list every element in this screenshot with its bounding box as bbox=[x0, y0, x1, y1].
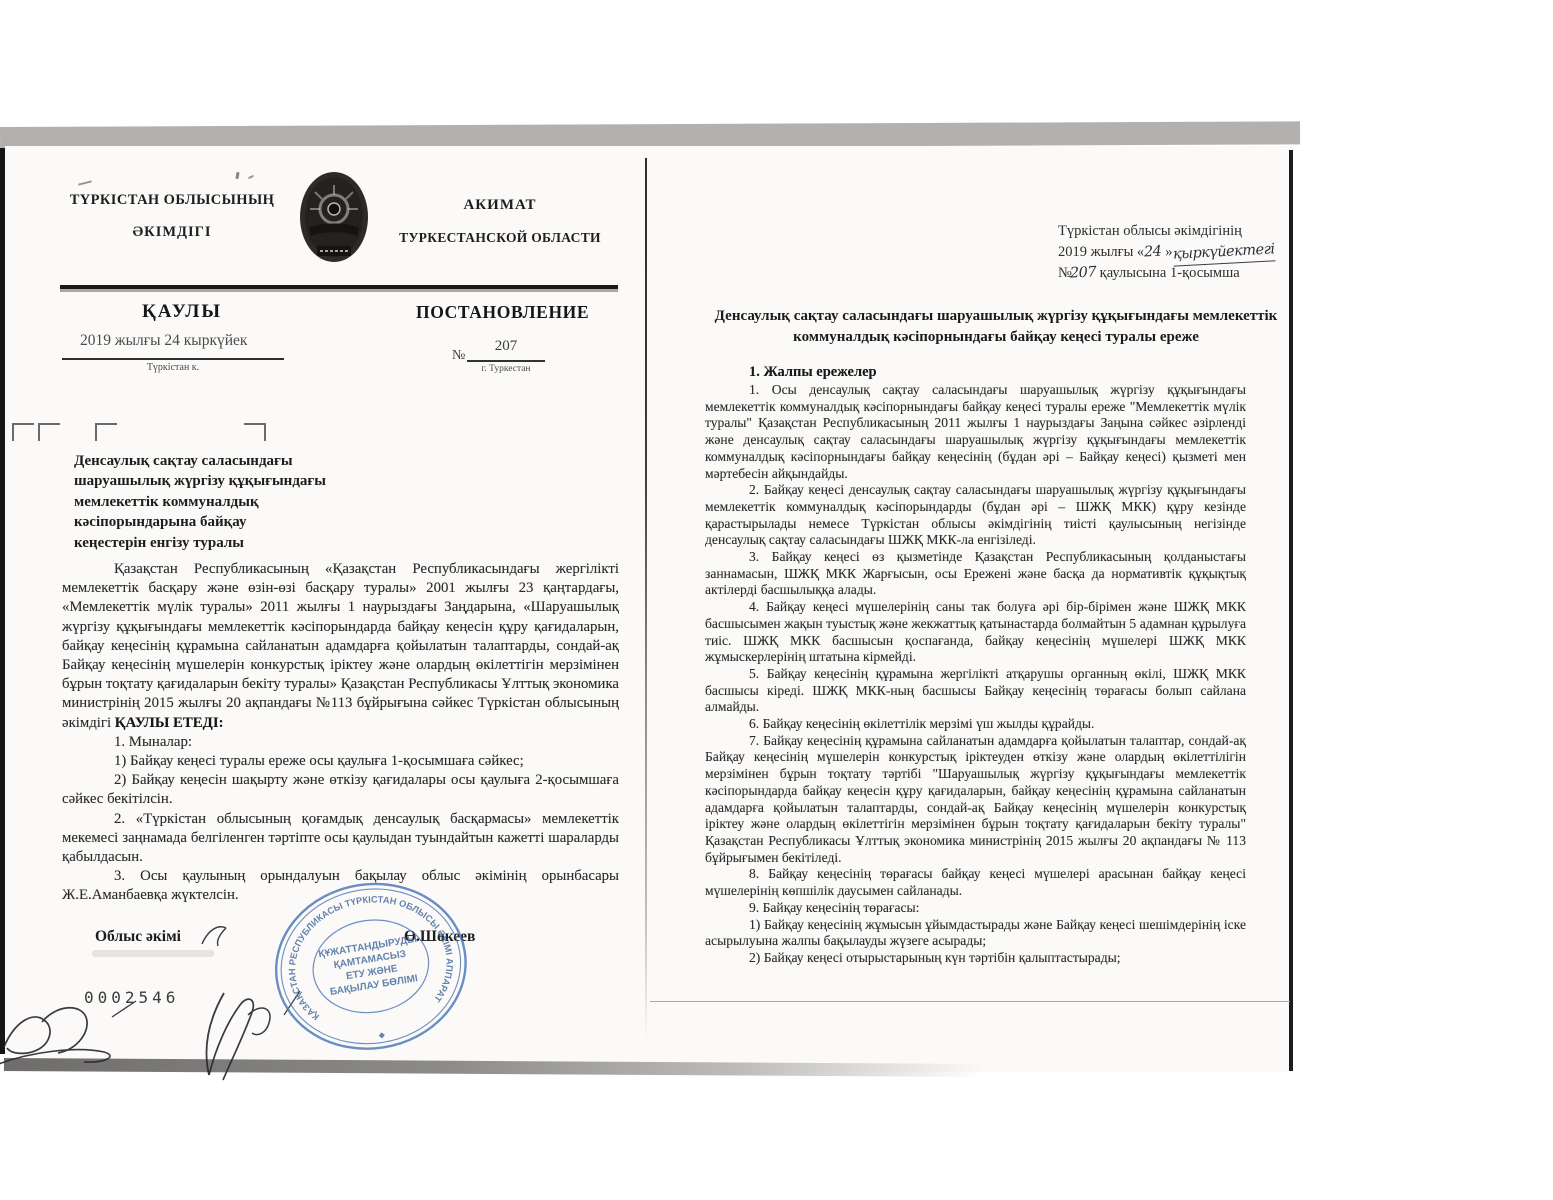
ref-typed-text: 2019 жылғы « bbox=[1058, 244, 1144, 260]
page-divider-line bbox=[645, 158, 647, 1043]
regulation-paragraph: 7. Байқау кеңесінің құрамына сайланатын … bbox=[705, 733, 1246, 867]
decree-title-line: шаруашылық жүргізу құқығындағы bbox=[74, 471, 404, 491]
number-underline bbox=[467, 360, 545, 362]
scan-right-edge-line bbox=[1289, 150, 1293, 1071]
org-kk-line2: ӘКІМДІГІ bbox=[66, 224, 278, 241]
doc-type-russian: ПОСТАНОВЛЕНИЕ bbox=[416, 302, 589, 323]
org-kk-line1: ТҮРКІСТАН ОБЛЫСЫНЫҢ bbox=[66, 192, 278, 209]
place-russian: г. Туркестан bbox=[467, 364, 545, 374]
decree-item: 1. Мыналар: bbox=[62, 733, 619, 752]
handwritten-number: 207 bbox=[1069, 262, 1096, 284]
scan-left-edge-line bbox=[0, 148, 5, 1054]
regulation-body: 1. Жалпы ережелер 1. Осы денсаулық сақта… bbox=[705, 362, 1246, 967]
signatory-role: Облыс әкімі bbox=[95, 928, 181, 946]
regulation-subparagraph: 1) Байқау кеңесінің жұмысын ұйымдастырад… bbox=[705, 917, 1246, 950]
handwritten-month: қыркүйектегі bbox=[1172, 239, 1275, 266]
regulation-subparagraph: 2) Байқау кеңесі отырыстарының күн тәрті… bbox=[705, 950, 1246, 967]
erased-smudge bbox=[92, 950, 214, 957]
handwritten-signature bbox=[0, 995, 159, 1075]
right-page-bottom-edge bbox=[650, 1001, 1290, 1002]
decree-title-line: мемлекеттік коммуналдық bbox=[74, 492, 404, 512]
decree-subitem: 2) Байқау кеңесін шақырту және өткізу қа… bbox=[62, 771, 619, 809]
regulation-paragraph: 8. Байқау кеңесінің төрағасы байқау кеңе… bbox=[705, 866, 1246, 899]
appendix-ref-line2: 2019 жылғы «24 »қыркүйектегі bbox=[1058, 242, 1288, 264]
regulation-paragraph: 5. Байқау кеңесінің құрамына жергілікті … bbox=[705, 666, 1246, 716]
scanned-document: ТҮРКІСТАН ОБЛЫСЫНЫҢ ӘКІМДІГІ АКИМАТ ТУРК… bbox=[0, 0, 1553, 1200]
decree-subitem: 1) Байқау кеңесі туралы ереже осы қаулығ… bbox=[62, 752, 619, 771]
date-underline bbox=[62, 358, 284, 360]
decree-title: Денсаулық сақтау саласындағы шаруашылық … bbox=[74, 451, 404, 553]
doc-type-kazakh: ҚАУЛЫ bbox=[142, 301, 222, 323]
corner-mark bbox=[12, 423, 34, 441]
appendix-reference-block: Түркістан облысы әкімдігінің 2019 жылғы … bbox=[1058, 221, 1288, 284]
org-ru-line2: ТУРКЕСТАНСКОЙ ОБЛАСТИ bbox=[392, 230, 608, 246]
section-heading: 1. Жалпы ережелер bbox=[705, 362, 1246, 382]
org-ru-line1: АКИМАТ bbox=[392, 197, 608, 214]
org-name-russian: АКИМАТ ТУРКЕСТАНСКОЙ ОБЛАСТИ bbox=[392, 197, 608, 246]
number-sign: № bbox=[452, 348, 465, 364]
decree-title-line: Денсаулық сақтау саласындағы bbox=[74, 451, 404, 471]
regulation-paragraph: 3. Байқау кеңесі өз қызметінде Қазақстан… bbox=[705, 549, 1246, 599]
signature-flourish bbox=[196, 920, 236, 950]
decree-title-line: кәсіпорындарына байқау bbox=[74, 512, 404, 532]
decree-date: 2019 жылғы 24 кыркүйек bbox=[80, 332, 247, 350]
decree-number: 207 bbox=[467, 338, 545, 355]
appendix-ref-line1: Түркістан облысы әкімдігінің bbox=[1058, 221, 1288, 242]
kazakhstan-emblem-icon bbox=[297, 170, 371, 268]
decree-body: Қазақстан Республикасының «Қазақстан Рес… bbox=[62, 560, 619, 906]
regulation-paragraph: 9. Байқау кеңесінің төрағасы: bbox=[705, 900, 1246, 917]
official-round-stamp: ҚАЗАҚСТАН РЕСПУБЛИКАСЫ ТҮРКІСТАН ОБЛЫСЫ … bbox=[255, 859, 492, 1076]
regulation-paragraph: 1. Осы денсаулық сақтау саласындағы шару… bbox=[705, 382, 1246, 482]
regulation-title: Денсаулық сақтау саласындағы шаруашылық … bbox=[712, 306, 1280, 348]
org-name-kazakh: ТҮРКІСТАН ОБЛЫСЫНЫҢ ӘКІМДІГІ bbox=[66, 192, 278, 241]
stamp-diamond-mark: ◆ bbox=[378, 1030, 386, 1040]
decree-title-line: кеңестерін енгізу туралы bbox=[74, 533, 404, 553]
corner-mark bbox=[38, 423, 60, 441]
corner-mark bbox=[95, 423, 117, 441]
place-kazakh: Түркістан к. bbox=[62, 362, 284, 373]
ref-typed-text: » bbox=[1162, 244, 1173, 260]
header-rule bbox=[60, 285, 618, 289]
decree-item: 2. «Түркістан облысының қоғамдық денсаул… bbox=[62, 810, 619, 868]
resolution-phrase: ҚАУЛЫ ЕТЕДІ: bbox=[115, 715, 224, 731]
corner-mark bbox=[244, 423, 266, 441]
regulation-paragraph: 6. Байқау кеңесінің өкілеттілік мерзімі … bbox=[705, 716, 1246, 733]
preamble-text: Қазақстан Республикасының «Қазақстан Рес… bbox=[62, 561, 619, 731]
regulation-paragraph: 2. Байқау кеңесі денсаулық сақтау саласы… bbox=[705, 482, 1246, 549]
ref-typed-text: қаулысына 1-қосымша bbox=[1096, 265, 1240, 281]
handwritten-day: 24 bbox=[1144, 241, 1163, 262]
regulation-paragraph: 4. Байқау кеңесі мүшелерінің саны так бо… bbox=[705, 599, 1246, 666]
decree-preamble: Қазақстан Республикасының «Қазақстан Рес… bbox=[62, 560, 619, 733]
